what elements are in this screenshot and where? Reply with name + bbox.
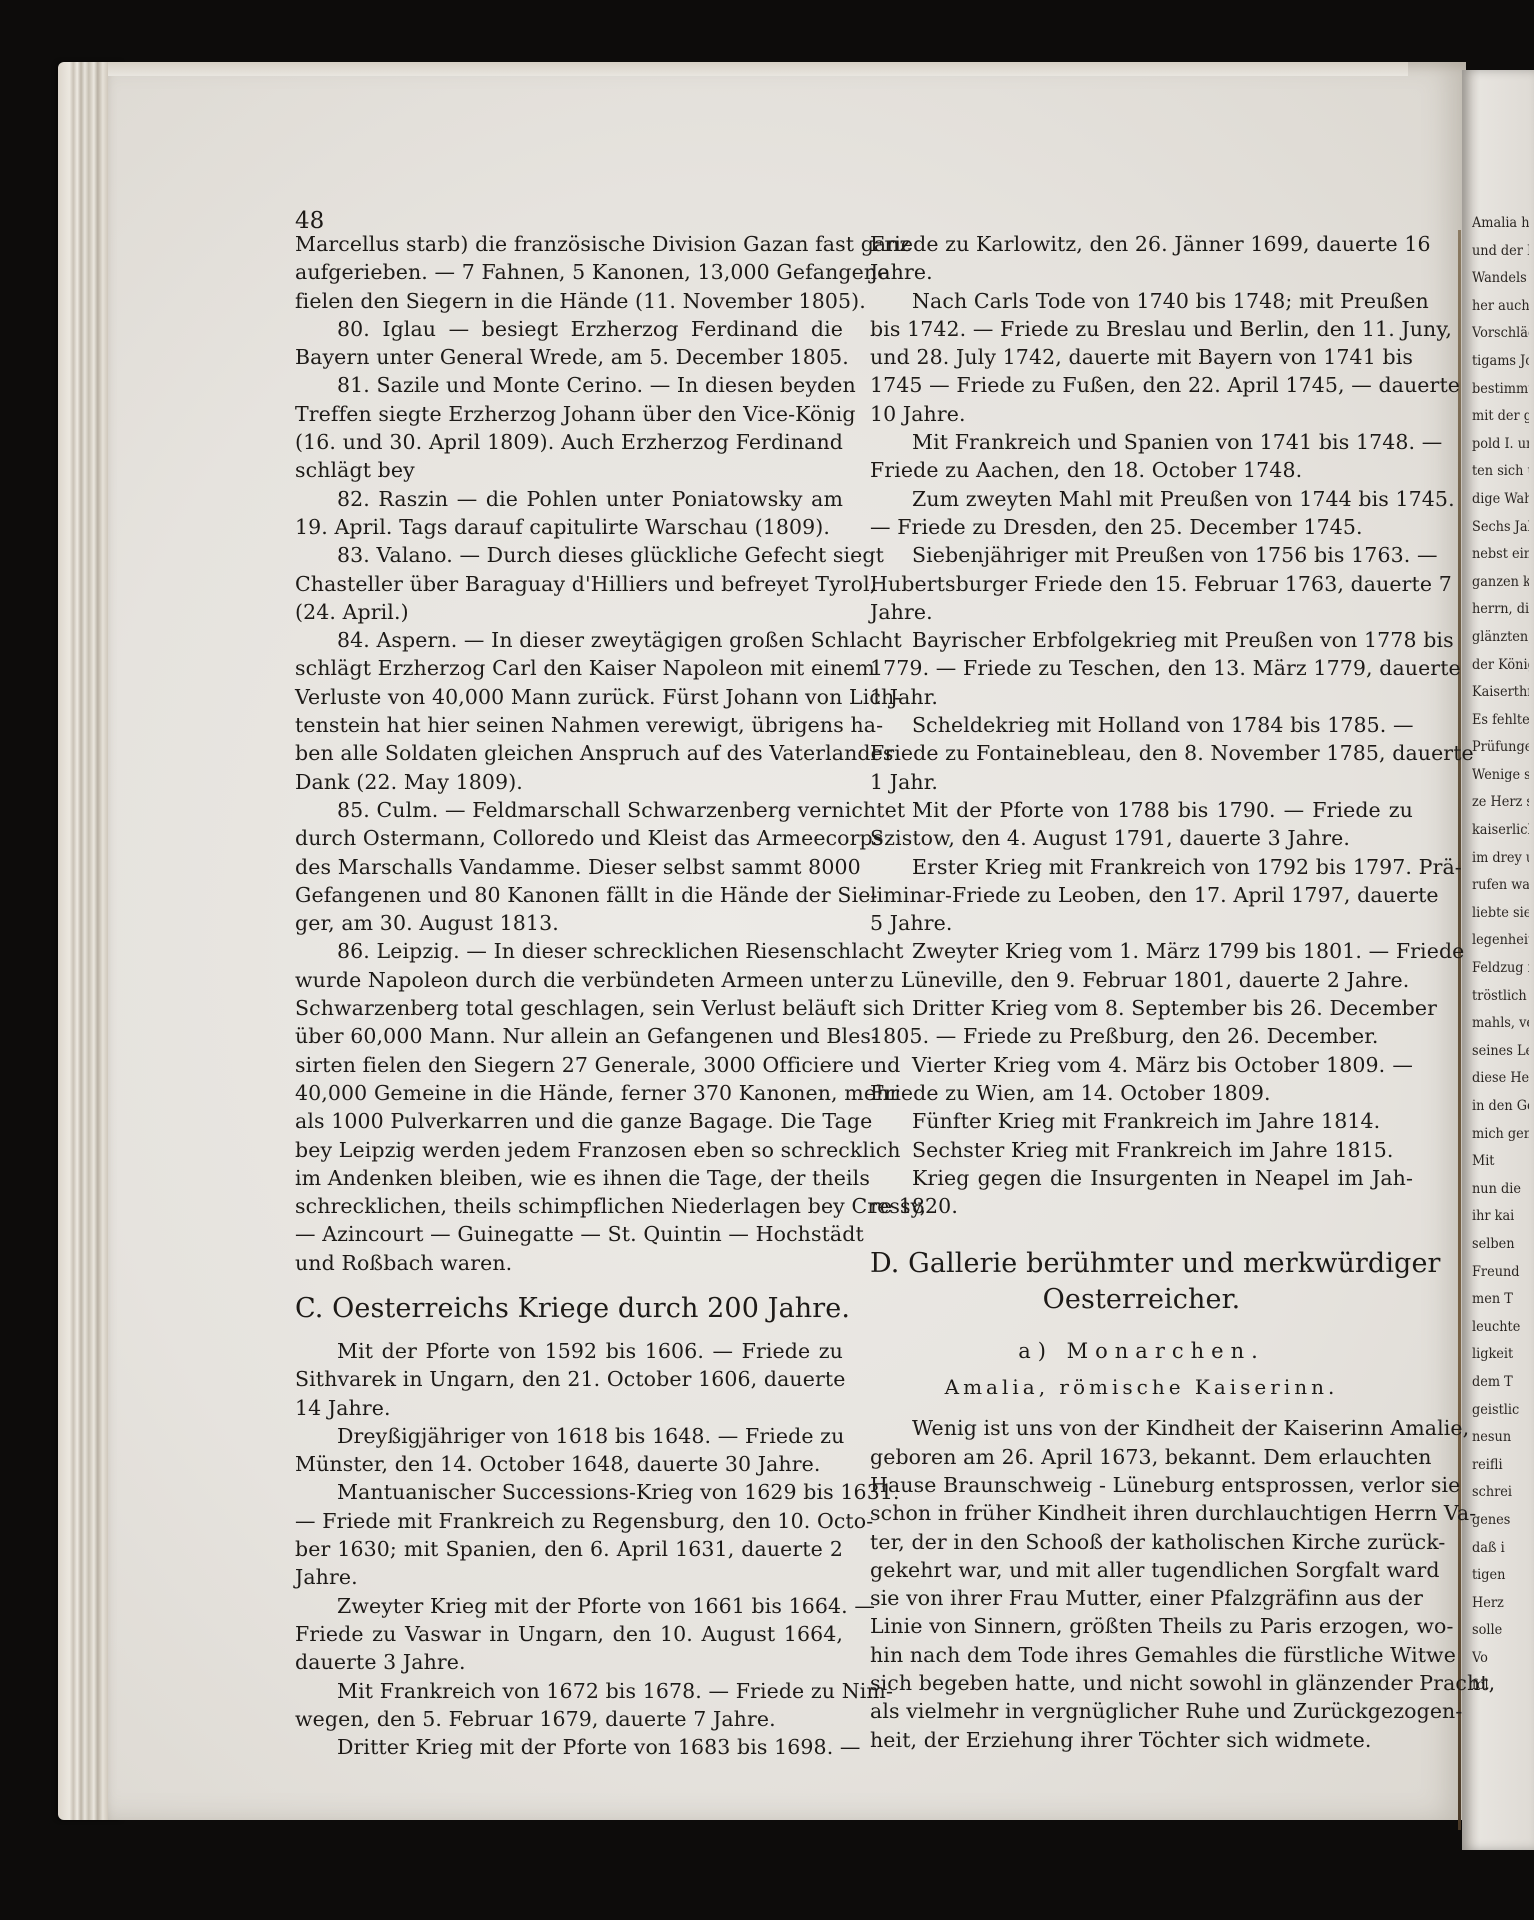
facing-page-line: men T <box>1472 1286 1529 1314</box>
text-line: Mit der Pforte von 1592 bis 1606. — Frie… <box>295 1337 843 1365</box>
facing-page-line: der König Jose <box>1472 652 1529 680</box>
facing-page-line: bestimmt und <box>1472 376 1529 404</box>
text-line: 1779. — Friede zu Teschen, den 13. März … <box>870 654 1413 682</box>
text-line: re 1820. <box>870 1192 1413 1220</box>
text-line: Mit Frankreich und Spanien von 1741 bis … <box>870 428 1413 456</box>
text-line: 83. Valano. — Durch dieses glückliche Ge… <box>295 541 843 569</box>
text-line: Szistow, den 4. August 1791, dauerte 3 J… <box>870 824 1413 852</box>
facing-page-line: mahls, verl <box>1472 1010 1529 1038</box>
text-line: (16. und 30. April 1809). Auch Erzherzog… <box>295 428 843 456</box>
text-line: Hubertsburger Friede den 15. Februar 176… <box>870 570 1413 598</box>
text-line: 81. Sazile und Monte Cerino. — In diesen… <box>295 371 843 399</box>
text-line: Siebenjähriger mit Preußen von 1756 bis … <box>870 541 1413 569</box>
facing-page-line: tröstlich übe <box>1472 983 1529 1011</box>
facing-page-line: rufen ward <box>1472 872 1529 900</box>
facing-page-line: Sechs Jah <box>1472 514 1529 542</box>
facing-page-line: ligkeit <box>1472 1341 1529 1369</box>
text-line: schlägt bey <box>295 456 843 484</box>
facing-page-line: Vo <box>1472 1645 1529 1673</box>
facing-page-line: mich gena <box>1472 1121 1529 1149</box>
facing-page-line: nun die <box>1472 1176 1529 1204</box>
text-line: und 28. July 1742, dauerte mit Bayern vo… <box>870 343 1413 371</box>
text-line: 1745 — Friede zu Fußen, den 22. April 17… <box>870 371 1413 399</box>
text-line: gekehrt war, und mit aller tugendlichen … <box>870 1556 1413 1584</box>
facing-page-line: pold I. und sei <box>1472 431 1529 459</box>
text-line: 82. Raszin — die Pohlen unter Poniatowsk… <box>295 485 843 513</box>
text-line: Zum zweyten Mahl mit Preußen von 1744 bi… <box>870 485 1413 513</box>
text-line: Treffen siegte Erzherzog Johann über den… <box>295 400 843 428</box>
text-line: schlägt Erzherzog Carl den Kaiser Napole… <box>295 654 843 682</box>
facing-page-line: Prüfungen, <box>1472 734 1529 762</box>
book-spread: Amalia hund der RufWandels haher auch ve… <box>0 0 1534 1920</box>
facing-page-line: in den Ge <box>1472 1093 1529 1121</box>
text-line: Fünfter Krieg mit Frankreich im Jahre 18… <box>870 1107 1413 1135</box>
text-line: ger, am 30. August 1813. <box>295 909 843 937</box>
entry-title-amalia: Amalia, römische Kaiserinn. <box>870 1372 1413 1402</box>
facing-page-line: reifli <box>1472 1452 1529 1480</box>
facing-page-line: solle <box>1472 1617 1529 1645</box>
facing-page-line: Feldzug fol <box>1472 955 1529 983</box>
facing-page-line: selben <box>1472 1231 1529 1259</box>
text-line: heit, der Erziehung ihrer Töchter sich w… <box>870 1726 1413 1754</box>
text-line: sich begeben hatte, und nicht sowohl in … <box>870 1669 1413 1697</box>
facing-page-line: ze Herz so s <box>1472 789 1529 817</box>
facing-page-line: und der Ruf <box>1472 238 1529 266</box>
text-line: Verluste von 40,000 Mann zurück. Fürst J… <box>295 683 843 711</box>
facing-page-line: her auch ver <box>1472 293 1529 321</box>
text-line: Zweyter Krieg vom 1. März 1799 bis 1801.… <box>870 937 1413 965</box>
text-line: — Friede zu Dresden, den 25. December 17… <box>870 513 1413 541</box>
facing-page-line: glänzten, als K <box>1472 624 1529 652</box>
text-line: Dritter Krieg vom 8. September bis 26. D… <box>870 994 1413 1022</box>
right-column: Friede zu Karlowitz, den 26. Jänner 1699… <box>870 230 1413 1754</box>
facing-page-line: daß i <box>1472 1535 1529 1563</box>
facing-page-line: Vorschläge f <box>1472 320 1529 348</box>
text-line: liminar-Friede zu Leoben, den 17. April … <box>870 881 1413 909</box>
text-line: fielen den Siegern in die Hände (11. Nov… <box>295 287 843 315</box>
text-line: und Roßbach waren. <box>295 1249 843 1277</box>
section-c-heading: C. Oesterreichs Kriege durch 200 Jahre. <box>295 1291 843 1327</box>
text-line: wegen, den 5. Februar 1679, dauerte 7 Ja… <box>295 1705 843 1733</box>
facing-page-line: liebte sie ih <box>1472 900 1529 928</box>
facing-page-line: nebst einem G <box>1472 541 1529 569</box>
facing-page-line: herrn, die spä <box>1472 596 1529 624</box>
text-line: Schwarzenberg total geschlagen, sein Ver… <box>295 994 843 1022</box>
facing-page-line: im drey und <box>1472 845 1529 873</box>
facing-page-line: Herz <box>1472 1590 1529 1618</box>
text-line: als vielmehr in vergnüglicher Ruhe und Z… <box>870 1697 1413 1725</box>
text-line: 84. Aspern. — In dieser zweytägigen groß… <box>295 626 843 654</box>
facing-page: Amalia hund der RufWandels haher auch ve… <box>1462 70 1534 1850</box>
facing-page-line: Kaiserthron be <box>1472 679 1529 707</box>
text-line: im Andenken bleiben, wie es ihnen die Ta… <box>295 1164 843 1192</box>
text-line: ben alle Soldaten gleichen Anspruch auf … <box>295 739 843 767</box>
facing-page-line: ihr kai <box>1472 1203 1529 1231</box>
text-line: Erster Krieg mit Frankreich von 1792 bis… <box>870 853 1413 881</box>
text-line: Mit der Pforte von 1788 bis 1790. — Frie… <box>870 796 1413 824</box>
left-war-list: Mit der Pforte von 1592 bis 1606. — Frie… <box>295 1337 843 1761</box>
facing-page-line: mit der größt <box>1472 403 1529 431</box>
text-line: hin nach dem Tode ihres Gemahles die für… <box>870 1641 1413 1669</box>
facing-page-line: geistlic <box>1472 1397 1529 1425</box>
text-line: sirten fielen den Siegern 27 Generale, 3… <box>295 1051 843 1079</box>
text-line: Jahre. <box>295 1563 843 1591</box>
facing-page-line: ganzen kaiserli <box>1472 569 1529 597</box>
facing-page-line: tigams Jose <box>1472 348 1529 376</box>
facing-page-line: seines Lebe <box>1472 1038 1529 1066</box>
text-line: Wenig ist uns von der Kindheit der Kaise… <box>870 1414 1413 1442</box>
facing-page-line: genes <box>1472 1507 1529 1535</box>
facing-page-line: diese Held <box>1472 1065 1529 1093</box>
text-line: zu Lüneville, den 9. Februar 1801, dauer… <box>870 966 1413 994</box>
section-d-heading-line2: Oesterreicher. <box>870 1282 1413 1318</box>
amalia-biography: Wenig ist uns von der Kindheit der Kaise… <box>870 1414 1413 1754</box>
text-line: Dreyßigjähriger von 1618 bis 1648. — Fri… <box>295 1422 843 1450</box>
left-column: Marcellus starb) die französische Divisi… <box>295 230 843 1761</box>
text-line: 1 Jahr. <box>870 768 1413 796</box>
right-war-list: Friede zu Karlowitz, den 26. Jänner 1699… <box>870 230 1413 1220</box>
facing-page-line: schrei <box>1472 1479 1529 1507</box>
section-d-heading: D. Gallerie berühmter und merkwürdiger O… <box>870 1246 1413 1318</box>
facing-page-line: legenheit, <box>1472 927 1529 955</box>
text-line: 85. Culm. — Feldmarschall Schwarzenberg … <box>295 796 843 824</box>
text-line: schon in früher Kindheit ihren durchlauc… <box>870 1499 1413 1527</box>
subsection-monarchen: a) Monarchen. <box>870 1336 1413 1366</box>
text-line: 14 Jahre. <box>295 1394 843 1422</box>
text-line: 86. Leipzig. — In dieser schrecklichen R… <box>295 937 843 965</box>
text-line: tenstein hat hier seinen Nahmen verewigt… <box>295 711 843 739</box>
text-line: Zweyter Krieg mit der Pforte von 1661 bi… <box>295 1592 843 1620</box>
text-line: ber 1630; mit Spanien, den 6. April 1631… <box>295 1535 843 1563</box>
facing-page-line: Es fehlte <box>1472 707 1529 735</box>
section-d-heading-line1: D. Gallerie berühmter und merkwürdiger <box>870 1246 1413 1282</box>
text-line: Vierter Krieg vom 4. März bis October 18… <box>870 1051 1413 1079</box>
page-top-rim <box>108 62 1408 76</box>
text-line: Bayrischer Erbfolgekrieg mit Preußen von… <box>870 626 1413 654</box>
text-line: Jahre. <box>870 258 1413 286</box>
text-line: durch Ostermann, Colloredo und Kleist da… <box>295 824 843 852</box>
text-line: aufgerieben. — 7 Fahnen, 5 Kanonen, 13,0… <box>295 258 843 286</box>
text-line: Dank (22. May 1809). <box>295 768 843 796</box>
text-line: Nach Carls Tode von 1740 bis 1748; mit P… <box>870 287 1413 315</box>
facing-page-line: Wandels ha <box>1472 265 1529 293</box>
text-line: Mantuanischer Successions-Krieg von 1629… <box>295 1478 843 1506</box>
text-line: Friede zu Aachen, den 18. October 1748. <box>870 456 1413 484</box>
facing-page-line: Mit <box>1472 1148 1529 1176</box>
facing-page-line: leuchte <box>1472 1314 1529 1342</box>
facing-page-line: dem T <box>1472 1369 1529 1397</box>
text-line: des Marschalls Vandamme. Dieser selbst s… <box>295 853 843 881</box>
text-line: Linie von Sinnern, größten Theils zu Par… <box>870 1612 1413 1640</box>
text-line: Friede zu Fontainebleau, den 8. November… <box>870 739 1413 767</box>
facing-page-line: nesun <box>1472 1424 1529 1452</box>
text-line: Chasteller über Baraguay d'Hilliers und … <box>295 570 843 598</box>
facing-page-line: Freund <box>1472 1259 1529 1287</box>
facing-page-line: Amalia h <box>1472 210 1529 238</box>
text-line: bis 1742. — Friede zu Breslau und Berlin… <box>870 315 1413 343</box>
text-line: Gefangenen und 80 Kanonen fällt in die H… <box>295 881 843 909</box>
text-line: Bayern unter General Wrede, am 5. Decemb… <box>295 343 843 371</box>
text-line: Münster, den 14. October 1648, dauerte 3… <box>295 1450 843 1478</box>
facing-page-line: tigen <box>1472 1562 1529 1590</box>
text-line: 10 Jahre. <box>870 400 1413 428</box>
text-line: dauerte 3 Jahre. <box>295 1648 843 1676</box>
text-line: Krieg gegen die Insurgenten in Neapel im… <box>870 1164 1413 1192</box>
text-line: geboren am 26. April 1673, bekannt. Dem … <box>870 1443 1413 1471</box>
text-line: 19. April. Tags darauf capitulirte Warsc… <box>295 513 843 541</box>
text-line: Hause Braunschweig - Lüneburg entsprosse… <box>870 1471 1413 1499</box>
text-line: — Friede mit Frankreich zu Regensburg, d… <box>295 1507 843 1535</box>
text-line: 80. Iglau — besiegt Erzherzog Ferdinand … <box>295 315 843 343</box>
facing-page-line: kaiserlichen G <box>1472 817 1529 845</box>
text-line: sie von ihrer Frau Mutter, einer Pfalzgr… <box>870 1584 1413 1612</box>
text-line: Friede zu Vaswar in Ungarn, den 10. Augu… <box>295 1620 843 1648</box>
facing-page-text: Amalia hund der RufWandels haher auch ve… <box>1472 210 1534 1700</box>
text-line: — Azincourt — Guinegatte — St. Quintin —… <box>295 1220 843 1248</box>
text-line: Dritter Krieg mit der Pforte von 1683 bi… <box>295 1733 843 1761</box>
text-line: Jahre. <box>870 598 1413 626</box>
text-line: Sechster Krieg mit Frankreich im Jahre 1… <box>870 1136 1413 1164</box>
text-line: Mit Frankreich von 1672 bis 1678. — Frie… <box>295 1677 843 1705</box>
text-line: 5 Jahre. <box>870 909 1413 937</box>
text-line: als 1000 Pulverkarren und die ganze Baga… <box>295 1107 843 1135</box>
gutter-fold <box>1458 230 1461 1830</box>
text-line: (24. April.) <box>295 598 843 626</box>
text-line: Sithvarek in Ungarn, den 21. October 160… <box>295 1365 843 1393</box>
text-line: über 60,000 Mann. Nur allein an Gefangen… <box>295 1022 843 1050</box>
text-line: ter, der in den Schooß der katholischen … <box>870 1528 1413 1556</box>
text-line: Friede zu Karlowitz, den 26. Jänner 1699… <box>870 230 1413 258</box>
text-line: 1805. — Friede zu Preßburg, den 26. Dece… <box>870 1022 1413 1050</box>
text-line: bey Leipzig werden jedem Franzosen eben … <box>295 1136 843 1164</box>
text-line: 40,000 Gemeine in die Hände, ferner 370 … <box>295 1079 843 1107</box>
facing-page-line: ten sich ungem <box>1472 458 1529 486</box>
facing-page-line: Wenige schen <box>1472 762 1529 790</box>
text-line: schrecklichen, theils schimpflichen Nied… <box>295 1192 843 1220</box>
text-line: 1 Jahr. <box>870 683 1413 711</box>
text-line: Friede zu Wien, am 14. October 1809. <box>870 1079 1413 1107</box>
left-text-block: Marcellus starb) die französische Divisi… <box>295 230 843 1277</box>
text-line: wurde Napoleon durch die verbündeten Arm… <box>295 966 843 994</box>
text-line: Scheldekrieg mit Holland von 1784 bis 17… <box>870 711 1413 739</box>
text-line: Marcellus starb) die französische Divisi… <box>295 230 843 258</box>
facing-page-line: dige Wahl. <box>1472 486 1529 514</box>
